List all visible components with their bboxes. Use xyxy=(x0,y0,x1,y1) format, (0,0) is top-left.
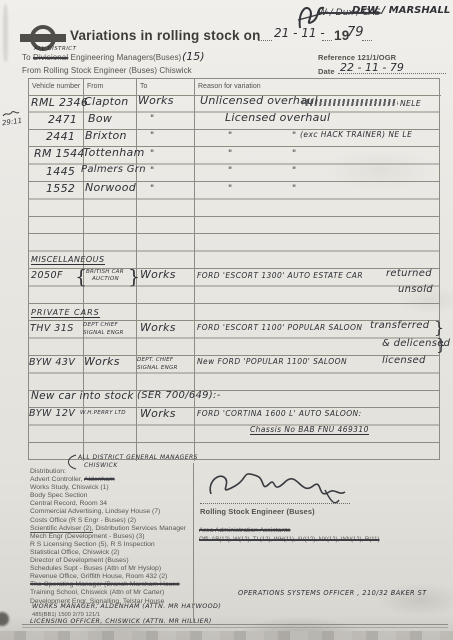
ditto-mark: " xyxy=(150,149,154,159)
distribution-list: Distribution: Advert Controller, Aldenha… xyxy=(30,468,198,606)
signatory-role: Rolling Stock Engineer (Buses) xyxy=(200,507,315,516)
distribution-line: Scientific Adviser (2), Distribution Ser… xyxy=(30,525,198,533)
cell-vehicle: BYW 12V xyxy=(29,408,75,419)
cell-to: Works xyxy=(140,321,176,334)
cell-vehicle: 1445 xyxy=(46,165,75,178)
cell-from-line1: DEPT CHIEF xyxy=(83,322,118,328)
cell-from: Brixton xyxy=(85,129,127,142)
dots-leader xyxy=(362,40,372,41)
ops-officer-handwritten: OPERATIONS SYSTEMS OFFICER , 210/32 BAKE… xyxy=(238,589,427,597)
cell-to: Works xyxy=(138,94,174,107)
cell-reason-hw: transferred xyxy=(370,320,429,331)
cell-vehicle: 2441 xyxy=(46,130,75,143)
distribution-line: Costs Office (R S Engr - Buses) (2) xyxy=(30,517,198,525)
struck-illegible xyxy=(302,99,398,106)
ditto-mark: " xyxy=(150,114,154,124)
cell-reason-note: (exc HACK TRAINER) NE LE xyxy=(300,130,412,139)
signature-dotted-line xyxy=(200,503,350,504)
newcar-ref: (SER 700/649):- xyxy=(137,390,221,401)
date-dotted-line xyxy=(338,73,446,74)
bottom-rule xyxy=(22,627,448,628)
to-struck: Divisional xyxy=(33,53,68,62)
distribution-line: Mech Engr (Development - Buses) (3) xyxy=(30,533,198,541)
section-heading-private-cars: PRIVATE CARS xyxy=(31,308,100,318)
distribution-label: Distribution: xyxy=(30,468,198,476)
cell-reason-suffix: NELE xyxy=(400,99,421,108)
ditto-mark: " xyxy=(292,149,296,159)
cell-reason: FORD 'ESCORT 1100' POPULAR SALOON xyxy=(197,323,362,332)
cell-to: Works xyxy=(140,268,176,281)
date-label: Date xyxy=(318,67,335,76)
routing-names: DEW / MARSHALL xyxy=(352,5,450,16)
newcar-text: New car into stock xyxy=(31,390,134,402)
cell-vehicle: RM 1544 xyxy=(34,147,85,160)
ditto-mark: " xyxy=(228,184,232,194)
signature-struck-line2: Offi: AB(12), W(12), TL(12), WH(11), AV(… xyxy=(199,536,379,544)
distribution-line: Commercial Advertising, Lindsey House (7… xyxy=(30,508,198,516)
margin-note-handwritten: 29:11 xyxy=(2,117,23,128)
col-header-reason: Reason for variation xyxy=(198,83,261,90)
distribution-line: Director of Development (Buses) xyxy=(30,557,198,565)
cell-reason-hw2: unsold xyxy=(398,284,433,295)
cell-from: Bow xyxy=(88,112,112,125)
col-header-vehicle: Vehicle number xyxy=(32,83,80,90)
cell-from-line2: SIGNAL ENGR xyxy=(83,330,124,336)
distribution-line: Revenue Office, Griffith House, Room 432… xyxy=(30,573,198,581)
margin-squiggle xyxy=(2,110,20,118)
distribution-line: Advert Controller, Aldenham xyxy=(30,476,198,484)
to-prefix: To xyxy=(22,53,31,62)
ditto-mark: " xyxy=(292,131,296,141)
ink-blob xyxy=(0,612,9,626)
cell-to: Works xyxy=(140,407,176,420)
dots-leader xyxy=(322,40,332,41)
brace-right: } xyxy=(128,266,140,288)
col-header-to: To xyxy=(140,83,147,90)
section-heading-miscellaneous: MISCELLANEOUS xyxy=(31,255,105,265)
to-line: To Divisional Engineering Managers(Buses… xyxy=(22,53,181,62)
cell-vehicle: 1552 xyxy=(46,182,75,195)
cell-from: Tottenham xyxy=(83,146,145,159)
cell-reason: New FORD 'POPULAR 1100' SALOON xyxy=(197,357,347,366)
cell-to-line2: SIGNAL ENGR xyxy=(137,365,178,371)
distribution-line: Central Record, Room 34 xyxy=(30,500,198,508)
form-title: Variations in rolling stock on xyxy=(70,28,261,43)
cell-from: Norwood xyxy=(85,181,136,194)
cell-reason-hw1: returned xyxy=(386,268,432,279)
ditto-mark: " xyxy=(228,149,232,159)
distribution-line: Schedules Supt - Buses (Attn of Mr Hyslo… xyxy=(30,565,198,573)
cell-vehicle: RML 2346 xyxy=(31,96,88,109)
chassis-line: Chassis No BAB FNU 469310 xyxy=(250,425,369,435)
cell-reason: Licensed overhaul xyxy=(225,111,330,124)
distribution-line: Works Study, Chiswick (1) xyxy=(30,484,198,492)
cell-vehicle: 2471 xyxy=(48,113,77,126)
signature-area-divider xyxy=(193,463,194,622)
to-count-handwritten: (15) xyxy=(182,50,205,63)
cell-reason: FORD 'ESCORT 1300' AUTO ESTATE CAR xyxy=(197,271,363,280)
cell-reason: FORD 'CORTINA 1600 L' AUTO SALOON: xyxy=(197,409,362,418)
title-date-handwritten: 21 - 11 - xyxy=(274,26,325,40)
brace: } xyxy=(436,335,446,354)
ditto-mark: " xyxy=(292,184,296,194)
ditto-mark: " xyxy=(228,131,232,141)
year-handwritten: 79 xyxy=(347,25,364,40)
cell-vehicle: THV 31S xyxy=(30,323,74,334)
cell-reason: Unlicensed overhaul xyxy=(200,94,318,107)
cell-from: W.H.PERRY LTD xyxy=(80,410,126,416)
cell-from: Palmers Grn xyxy=(81,164,146,175)
distribution-line: Statistical Office, Chiswick (2) xyxy=(30,549,198,557)
cell-reason-hw: licensed xyxy=(382,355,426,366)
cell-vehicle: BYW 43V xyxy=(29,357,75,368)
distribution-line: Training School, Chiswick (Attn of Mr Ca… xyxy=(30,589,198,597)
distribution-hw-insert1: ALL DISTRICT GENERAL MANAGERS xyxy=(78,454,198,461)
ditto-mark: " xyxy=(150,166,154,176)
distribution-line: R S Licensing Section (5), R S Inspectio… xyxy=(30,541,198,549)
distribution-line-struck: The Operating Manager (Branch Marsham Ho… xyxy=(30,581,198,589)
ditto-mark: " xyxy=(150,131,154,141)
col-header-from: From xyxy=(87,83,103,90)
signature-struck-line1: Area Administration Assistants xyxy=(199,527,290,535)
signature xyxy=(205,462,355,508)
cell-to-line1: DEPT. CHIEF xyxy=(137,357,173,363)
to-inserted-handwritten: ALL DISTRICT xyxy=(34,46,76,52)
table-col-divider xyxy=(194,79,195,461)
cell-from: Clapton xyxy=(84,95,129,108)
dots-leader xyxy=(258,40,272,41)
cell-from: Works xyxy=(84,355,120,368)
cell-from-line1: BRITISH CAR xyxy=(86,269,124,275)
distribution-line: Body Spec Section xyxy=(30,492,198,500)
from-line: From Rolling Stock Engineer (Buses) Chis… xyxy=(22,66,192,75)
ditto-mark: " xyxy=(150,184,154,194)
cell-from-line2: AUCTION xyxy=(92,276,119,282)
scan-bottom-edge xyxy=(0,631,453,640)
ditto-mark: " xyxy=(292,166,296,176)
cell-vehicle: 2050F xyxy=(31,270,63,281)
bottom-rule xyxy=(22,624,448,625)
to-rest: Engineering Managers(Buses) xyxy=(71,53,182,62)
scan-smudge xyxy=(3,4,8,62)
ditto-mark: " xyxy=(228,166,232,176)
